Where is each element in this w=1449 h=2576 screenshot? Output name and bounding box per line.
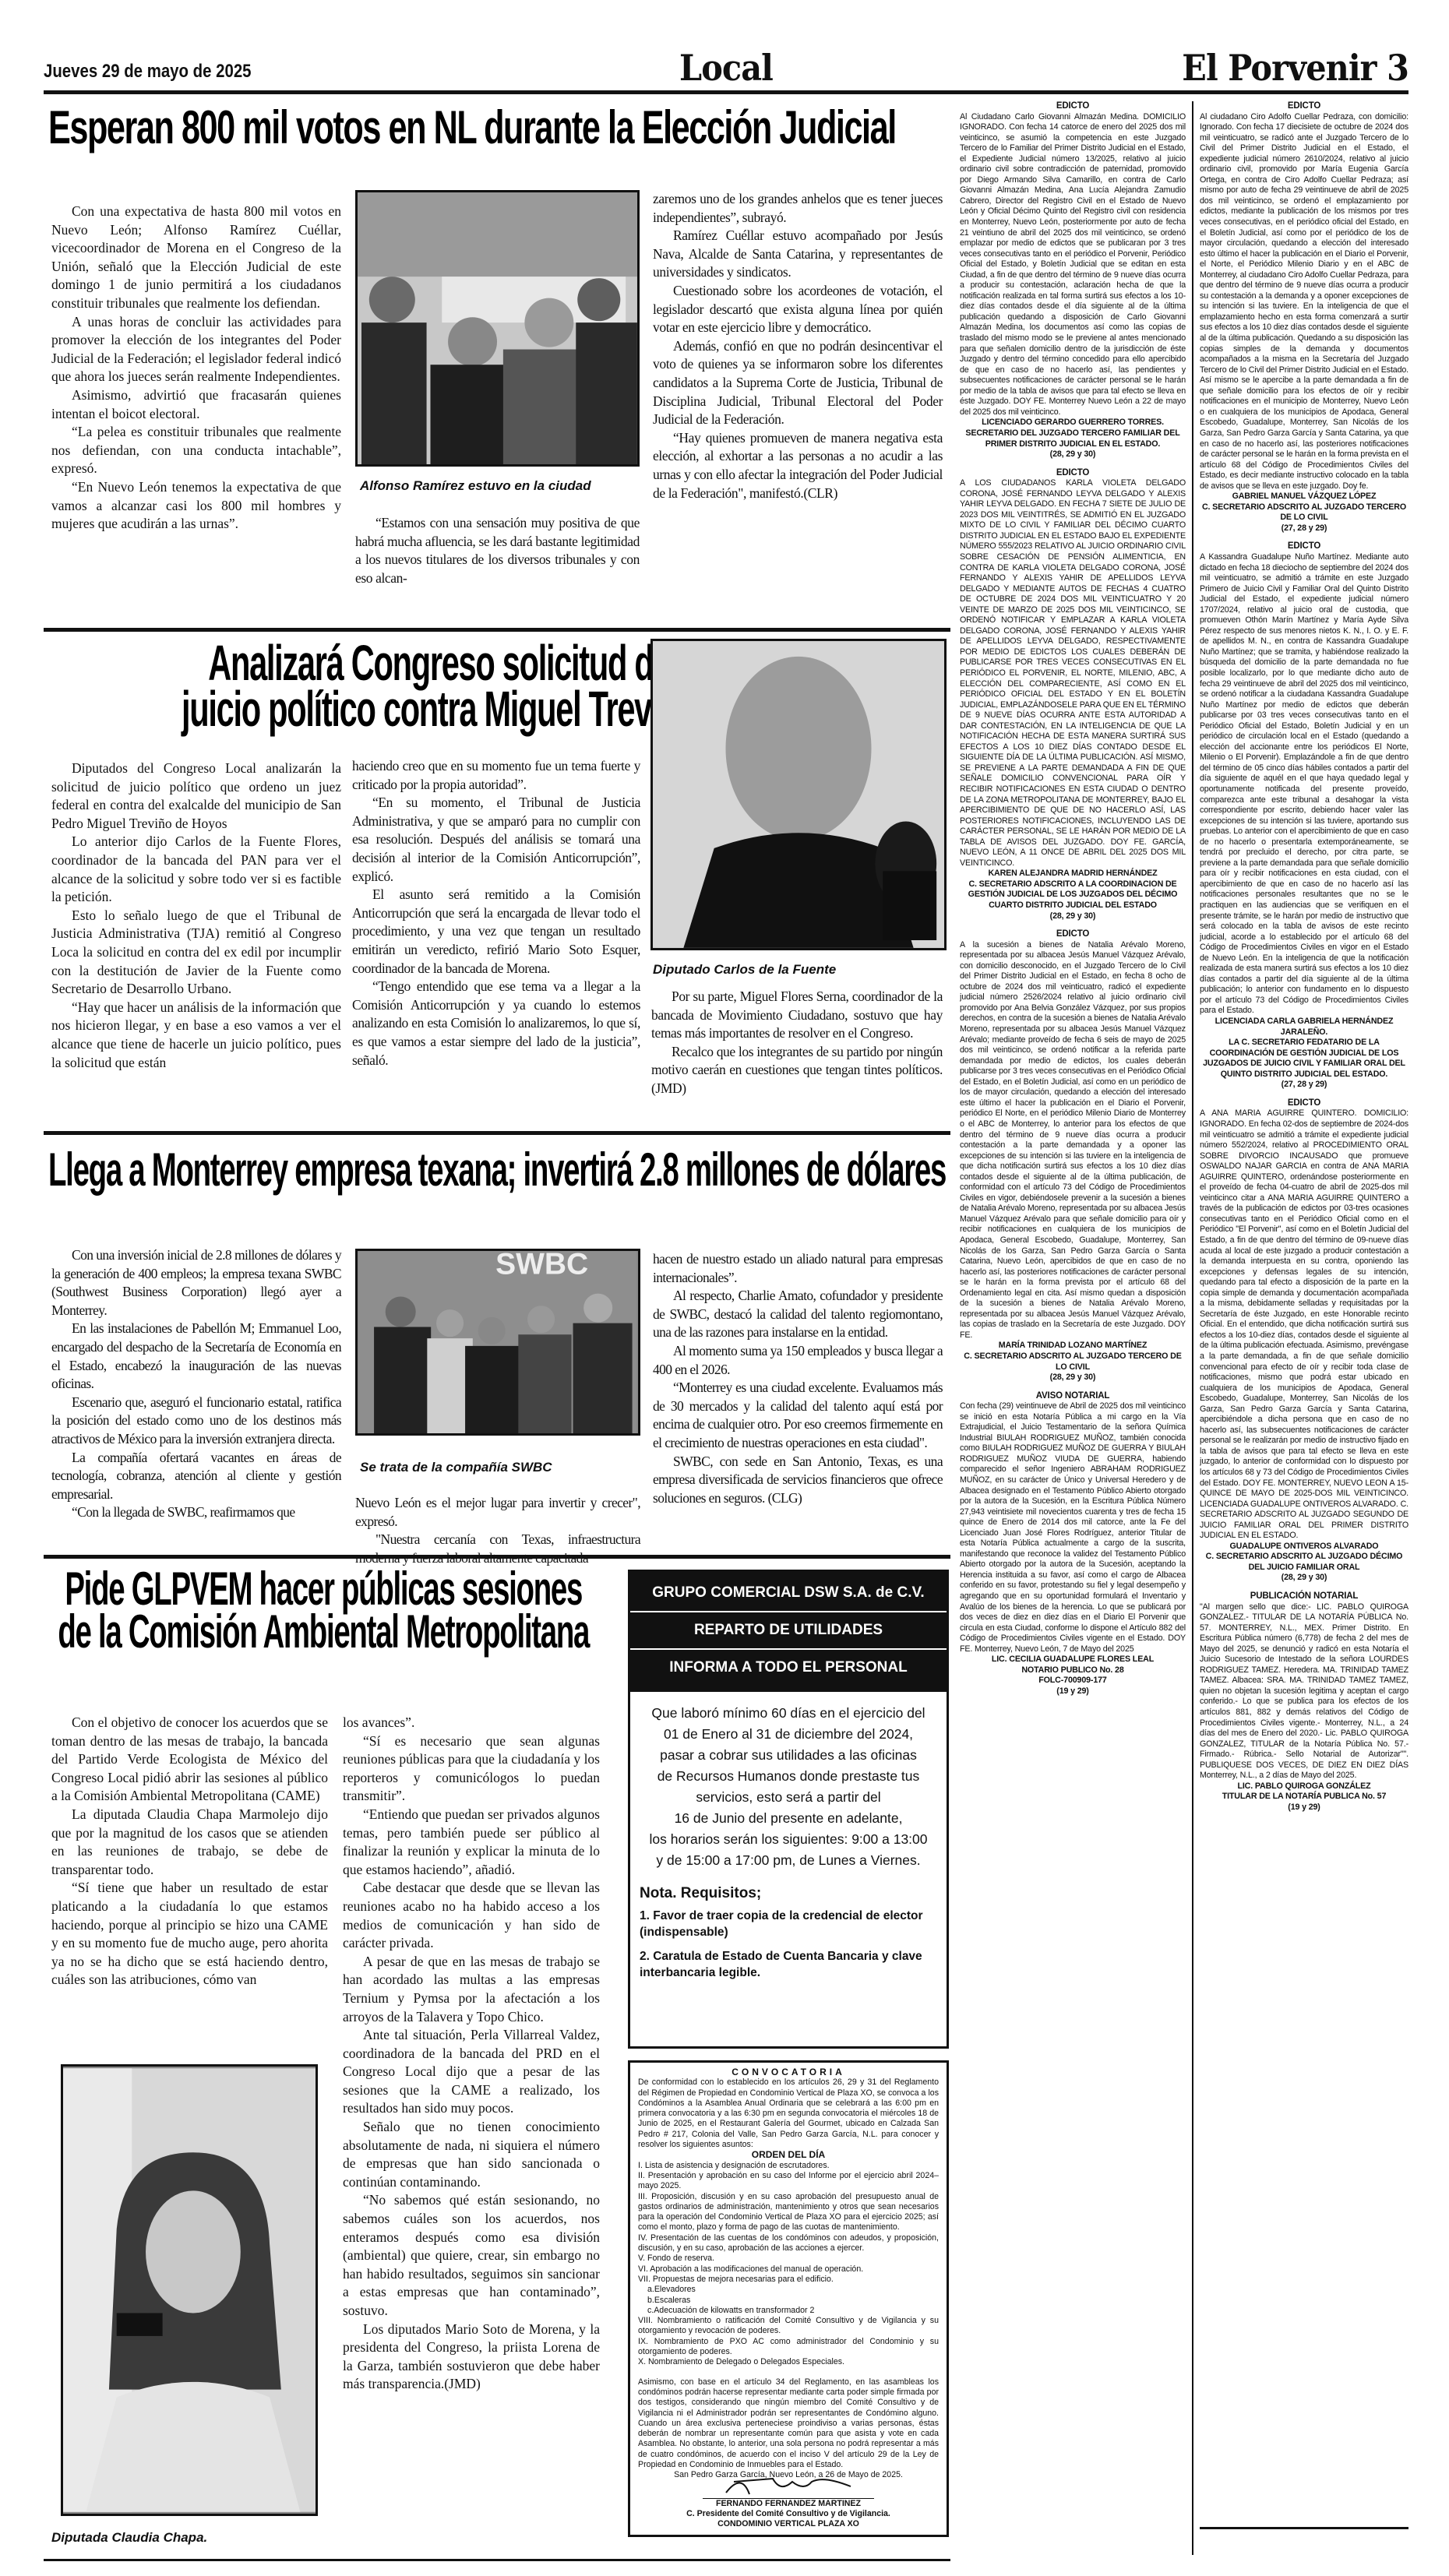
ad-line: de Recursos Humanos donde prestaste tus xyxy=(638,1766,939,1787)
article1-col2: “Estamos con una sensación muy positiva … xyxy=(355,514,640,587)
paragraph: A unas horas de concluir las actividades… xyxy=(51,313,341,386)
edicto-signer-role: C. SECRETARIO ADSCRITO A LA COORDINACION… xyxy=(960,879,1186,911)
article3-headline: Llega a Monterrey empresa texana; invert… xyxy=(48,1148,946,1191)
edicto-signer: KAREN ALEJANDRA MADRID HERNÁNDEZ xyxy=(960,869,1186,879)
paragraph: Cuestionado sobre los acordeones de vota… xyxy=(653,282,943,337)
paragraph: “En Nuevo León tenemos la expectativa de… xyxy=(51,478,341,534)
ad-line: 16 de Junio del presente en adelante, xyxy=(638,1808,939,1829)
agenda-item: VII. Propuestas de mejora necesarias par… xyxy=(638,2275,939,2285)
ad-note-title: Nota. Requisitos; xyxy=(640,1885,937,1901)
paragraph: zaremos uno de los grandes anhelos que e… xyxy=(653,190,943,227)
article1-headline: Esperan 800 mil votos en NL durante la E… xyxy=(48,106,950,149)
paragraph: “No sabemos qué están sesionando, no sab… xyxy=(343,2191,600,2320)
edicto-dates: (27, 28 y 29) xyxy=(1200,523,1408,534)
edicto-title: EDICTO xyxy=(1200,541,1408,552)
agenda-subitem: a.Elevadores xyxy=(638,2285,939,2295)
paragraph: Además, confió en que no podrán desincen… xyxy=(653,337,943,429)
paragraph: “Estamos con una sensación muy positiva … xyxy=(355,514,640,587)
ad-header: GRUPO COMERCIAL DSW S.A. de C.V. REPARTO… xyxy=(630,1572,947,1692)
paragraph: Escenario que, aseguró el funcionario es… xyxy=(51,1394,341,1449)
paragraph: Con el objetivo de conocer los acuerdos … xyxy=(51,1714,328,1806)
group-photo-icon: SWBC xyxy=(358,1251,638,1433)
section-divider xyxy=(44,1555,950,1559)
edicto-dates: (28, 29 y 30) xyxy=(1200,1573,1408,1584)
article3-photo-caption: Se trata de la compañía SWBC xyxy=(360,1460,552,1475)
edicto-title: EDICTO xyxy=(1200,1098,1408,1109)
article4-headline-line2: de la Comisión Ambiental Metropolitana xyxy=(47,1610,600,1653)
bottom-rule xyxy=(44,2559,950,2561)
section-divider xyxy=(44,628,950,632)
article4-photo xyxy=(61,2064,318,2516)
paragraph: Esto lo señalo luego de que el Tribunal … xyxy=(51,907,341,999)
ad-banner: INFORMA A TODO EL PERSONAL xyxy=(630,1650,947,1692)
paragraph: “Sí tiene que haber un resultado de esta… xyxy=(51,1879,328,1989)
article1-photo xyxy=(355,190,640,467)
article3-headline-text: Llega a Monterrey empresa texana; invert… xyxy=(48,1148,946,1191)
paragraph: Cabe destacar que desde que se llevan la… xyxy=(343,1879,600,1952)
notary-title: TITULAR DE LA NOTARÍA PUBLICA No. 57 xyxy=(1200,1792,1408,1802)
paragraph: hacen de nuestro estado un aliado natura… xyxy=(653,1250,943,1287)
article2-photo xyxy=(650,639,947,950)
agenda-title: ORDEN DEL DÍA xyxy=(638,2150,939,2160)
signer-org: CONDOMINIO VERTICAL PLAZA XO xyxy=(638,2519,939,2529)
article3-col3: hacen de nuestro estado un aliado natura… xyxy=(653,1250,943,1507)
paragraph: Con una expectativa de hasta 800 mil vot… xyxy=(51,203,341,313)
newspaper-name-page: El Porvenir 3 xyxy=(1182,47,1408,89)
paragraph: haciendo creo que en su momento fue un t… xyxy=(352,757,640,794)
aviso-notarial-title: AVISO NOTARIAL xyxy=(960,1391,1186,1402)
edicto-signer-role: C. SECRETARIO ADSCRITO AL JUZGADO TERCER… xyxy=(1200,502,1408,523)
paragraph: Diputados del Congreso Local analizarán … xyxy=(51,759,341,833)
ad-subtitle: REPARTO DE UTILIDADES xyxy=(630,1611,947,1650)
edicto-signer-role: C. SECRETARIO ADSCRITO AL JUZGADO DÉCIMO… xyxy=(1200,1552,1408,1573)
agenda-item: VIII. Nombramiento o ratificación del Co… xyxy=(638,2316,939,2337)
article4-headline: Pide GLPVEM hacer públicas sesiones de l… xyxy=(47,1567,600,1653)
paragraph: A pesar de que en las mesas de trabajo s… xyxy=(343,1953,600,2026)
utilidades-ad: GRUPO COMERCIAL DSW S.A. de C.V. REPARTO… xyxy=(628,1570,949,2049)
article1-col1: Con una expectativa de hasta 800 mil vot… xyxy=(51,203,341,534)
paragraph: “Hay que hacer un análisis de la informa… xyxy=(51,999,341,1072)
article2-col3: Por su parte, Miguel Flores Serna, coord… xyxy=(651,988,943,1098)
paragraph: Señalo que no tienen conocimiento absolu… xyxy=(343,2118,600,2191)
article2-col1: Diputados del Congreso Local analizarán … xyxy=(51,759,341,1072)
issue-date: Jueves 29 de mayo de 2025 xyxy=(44,61,252,83)
edictos-bottom-rule xyxy=(1200,2527,1408,2529)
paragraph: Ramírez Cuéllar estuvo acompañado por Je… xyxy=(653,227,943,282)
paragraph: Los diputados Mario Soto de Morena, y la… xyxy=(343,2321,600,2394)
convocatoria-notice: CONVOCATORIA De conformidad con lo estab… xyxy=(628,2060,949,2537)
svg-text:SWBC: SWBC xyxy=(495,1251,588,1281)
paragraph: La compañía ofertará vacantes en áreas d… xyxy=(51,1449,341,1504)
portrait-photo-icon xyxy=(63,2067,316,2514)
article4-col1: Con el objetivo de conocer los acuerdos … xyxy=(51,1714,328,1989)
article2-col2: haciendo creo que en su momento fue un t… xyxy=(352,757,640,1070)
article1-col3: zaremos uno de los grandes anhelos que e… xyxy=(653,190,943,502)
edicto-signer: LICENCIADO GERARDO GUERRERO TORRES. xyxy=(960,418,1186,428)
edicto-signer-role: SECRETARIO DEL JUZGADO TERCERO FAMILIAR … xyxy=(960,428,1186,449)
edicto-dates: (19 y 29) xyxy=(960,1686,1186,1697)
edicto-title: EDICTO xyxy=(960,101,1186,112)
paragraph: Al respecto, Charlie Amato, cofundador y… xyxy=(653,1287,943,1342)
paragraph: “La pelea es constituir tribunales que r… xyxy=(51,423,341,478)
article4-headline-line1: Pide GLPVEM hacer públicas sesiones xyxy=(47,1567,600,1610)
signer-role: C. Presidente del Comité Consultivo y de… xyxy=(638,2509,939,2519)
edicto-dates: (27, 28 y 29) xyxy=(1200,1080,1408,1091)
agenda-item: II. Presentación y aprobación en su caso… xyxy=(638,2171,939,2192)
edictos-column-1: EDICTO Al Ciudadano Carlo Giovanni Almaz… xyxy=(960,101,1186,2555)
aviso-notarial-body: Con fecha (29) veintinueve de Abril de 2… xyxy=(960,1401,1186,1654)
paragraph: El asunto será remitido a la Comisión An… xyxy=(352,886,640,978)
agenda-item: I. Lista de asistencia y designación de … xyxy=(638,2161,939,2171)
paragraph: Nuevo León es el mejor lugar para invert… xyxy=(355,1494,640,1531)
ad-requirements: Nota. Requisitos; 1. Favor de traer copi… xyxy=(630,1876,947,2000)
agenda-subitem: c.Adecuación de kilowatts en transformad… xyxy=(638,2306,939,2316)
article4-photo-caption: Diputada Claudia Chapa. xyxy=(51,2530,207,2546)
agenda-item: VI. Aprobación a las modificaciones del … xyxy=(638,2264,939,2275)
edicto-body: A ANA MARIA AGUIRRE QUINTERO. DOMICILIO:… xyxy=(1200,1108,1408,1541)
paragraph: “Entiendo que puedan ser privados alguno… xyxy=(343,1806,600,1879)
convocatoria-closing: Asimismo, con base en el artículo 34 del… xyxy=(638,2377,939,2471)
ad-line: pasar a cobrar sus utilidades a las ofic… xyxy=(638,1745,939,1766)
edicto-signer-role: C. SECRETARIO ADSCRITO AL JUZGADO TERCER… xyxy=(960,1351,1186,1373)
ad-requirement: 2. Caratula de Estado de Cuenta Bancaria… xyxy=(640,1948,937,1981)
paragraph: Asimismo, advirtió que fracasarán quiene… xyxy=(51,386,341,423)
edicto-title: EDICTO xyxy=(960,468,1186,479)
ad-company: GRUPO COMERCIAL DSW S.A. de C.V. xyxy=(630,1572,947,1611)
publicacion-notarial-title: PUBLICACIÓN NOTARIAL xyxy=(1200,1591,1408,1602)
ad-line: los horarios serán los siguientes: 9:00 … xyxy=(638,1829,939,1850)
signature-icon xyxy=(718,2471,858,2497)
ad-line: y de 15:00 a 17:00 pm, de Lunes a Vierne… xyxy=(638,1850,939,1871)
edicto-dates: (19 y 29) xyxy=(1200,1802,1408,1813)
paragraph: Recalco que los integrantes de su partid… xyxy=(651,1043,943,1098)
edicto-title: EDICTO xyxy=(1200,101,1408,112)
paragraph: “Monterrey es una ciudad excelente. Eval… xyxy=(653,1379,943,1452)
edicto-dates: (28, 29 y 30) xyxy=(960,911,1186,922)
agenda-item: IV. Presentación de las cuentas de los c… xyxy=(638,2233,939,2254)
ad-line: Que laboró mínimo 60 días en el ejercici… xyxy=(638,1703,939,1724)
notary-rfc: FOLC-700909-177 xyxy=(960,1676,1186,1686)
edictos-column-2: EDICTO Al ciudadano Ciro Adolfo Cuellar … xyxy=(1200,101,1408,2524)
notary-number: NOTARIO PUBLICO No. 28 xyxy=(960,1665,1186,1676)
edicto-body: A la sucesión a bienes de Natalia Aréval… xyxy=(960,940,1186,1341)
paragraph: SWBC, con sede en San Antonio, Texas, es… xyxy=(653,1453,943,1508)
edicto-body: A LOS CIUDADANOS KARLA VIOLETA DELGADO C… xyxy=(960,478,1186,869)
article3-photo: SWBC xyxy=(355,1249,640,1436)
section-divider xyxy=(44,1131,950,1135)
masthead-rule xyxy=(44,90,1408,94)
edicto-body: Al ciudadano Ciro Adolfo Cuellar Pedraza… xyxy=(1200,112,1408,492)
paragraph: los avances”. xyxy=(343,1714,600,1732)
signature-line xyxy=(703,2498,874,2499)
edicto-signer: LICENCIADA CARLA GABRIELA HERNÁNDEZ JARA… xyxy=(1200,1017,1408,1038)
paragraph: La diputada Claudia Chapa Marmolejo dijo… xyxy=(51,1806,328,1879)
section-title: Local xyxy=(679,47,773,89)
agenda-item: IX. Nombramiento de PXO AC como administ… xyxy=(638,2337,939,2358)
agenda-item: V. Fondo de reserva. xyxy=(638,2254,939,2264)
edicto-body: Al Ciudadano Carlo Giovanni Almazán Medi… xyxy=(960,112,1186,418)
paragraph: Al momento suma ya 150 empleados y busca… xyxy=(653,1342,943,1379)
notary-name: LIC. CECILIA GUADALUPE FLORES LEAL xyxy=(960,1654,1186,1665)
paragraph: En las instalaciones de Pabellón M; Emma… xyxy=(51,1320,341,1393)
ad-requirement: 1. Favor de traer copia de la credencial… xyxy=(640,1908,937,1940)
paragraph: Ante tal situación, Perla Villarreal Val… xyxy=(343,2026,600,2118)
ad-body: Que laboró mínimo 60 días en el ejercici… xyxy=(630,1692,947,1876)
paragraph: “Sí es necesario que sean algunas reunio… xyxy=(343,1732,600,1806)
article1-photo-caption: Alfonso Ramírez estuvo en la ciudad xyxy=(360,478,591,494)
edicto-signer: GUADALUPE ONTIVEROS ALVARADO xyxy=(1200,1542,1408,1552)
edicto-signer-role: LA C. SECRETARIO FEDATARIO DE LA COORDIN… xyxy=(1200,1038,1408,1080)
signer-name: FERNANDO FERNANDEZ MARTINEZ xyxy=(638,2499,939,2509)
edicto-dates: (28, 29 y 30) xyxy=(960,449,1186,460)
edictos-column-divider xyxy=(1192,101,1193,2555)
paragraph: Por su parte, Miguel Flores Serna, coord… xyxy=(651,988,943,1043)
article2-photo-caption: Diputado Carlos de la Fuente xyxy=(653,962,836,978)
agenda-item: X. Nombramiento de Delegado o Delegados … xyxy=(638,2357,939,2367)
masthead: Jueves 29 de mayo de 2025 Local El Porve… xyxy=(44,47,1408,89)
edicto-signer: GABRIEL MANUEL VÁZQUEZ LÓPEZ xyxy=(1200,492,1408,502)
edicto-signer: MARÍA TRINIDAD LOZANO MARTÍNEZ xyxy=(960,1341,1186,1351)
ad-line: servicios, esto será a partir del xyxy=(638,1787,939,1808)
article4-col2: los avances”. “Sí es necesario que sean … xyxy=(343,1714,600,2394)
paragraph: “Tengo entendido que ese tema va a llega… xyxy=(352,978,640,1070)
ad-line: 01 de Enero al 31 de diciembre del 2024, xyxy=(638,1724,939,1745)
agenda-subitem: b.Escaleras xyxy=(638,2296,939,2306)
article3-col1: Con una inversión inicial de 2.8 millone… xyxy=(51,1246,341,1522)
edicto-body: A Kassandra Guadalupe Nuño Martínez. Med… xyxy=(1200,552,1408,1017)
convocatoria-title: CONVOCATORIA xyxy=(638,2067,939,2077)
paragraph: “Hay quienes promueven de manera negativ… xyxy=(653,429,943,502)
convocatoria-intro: De conformidad con lo establecido en los… xyxy=(638,2077,939,2150)
paragraph: “En su momento, el Tribunal de Justicia … xyxy=(352,794,640,886)
paragraph: “Con la llegada de SWBC, reafirmamos que xyxy=(51,1503,341,1522)
portrait-photo-icon xyxy=(653,641,944,948)
paragraph: Lo anterior dijo Carlos de la Fuente Flo… xyxy=(51,833,341,906)
notary-name: LIC. PABLO QUIROGA GONZÁLEZ xyxy=(1200,1781,1408,1792)
paragraph: Con una inversión inicial de 2.8 millone… xyxy=(51,1246,341,1320)
article1-headline-text: Esperan 800 mil votos en NL durante la E… xyxy=(48,106,950,149)
agenda-item: III. Proposición, discusión y en su caso… xyxy=(638,2192,939,2233)
publicacion-notarial-body: "Al margen sello que dice:- LIC. PABLO Q… xyxy=(1200,1602,1408,1781)
edicto-dates: (28, 29 y 30) xyxy=(960,1373,1186,1383)
group-photo-icon xyxy=(358,192,637,464)
edicto-title: EDICTO xyxy=(960,929,1186,940)
